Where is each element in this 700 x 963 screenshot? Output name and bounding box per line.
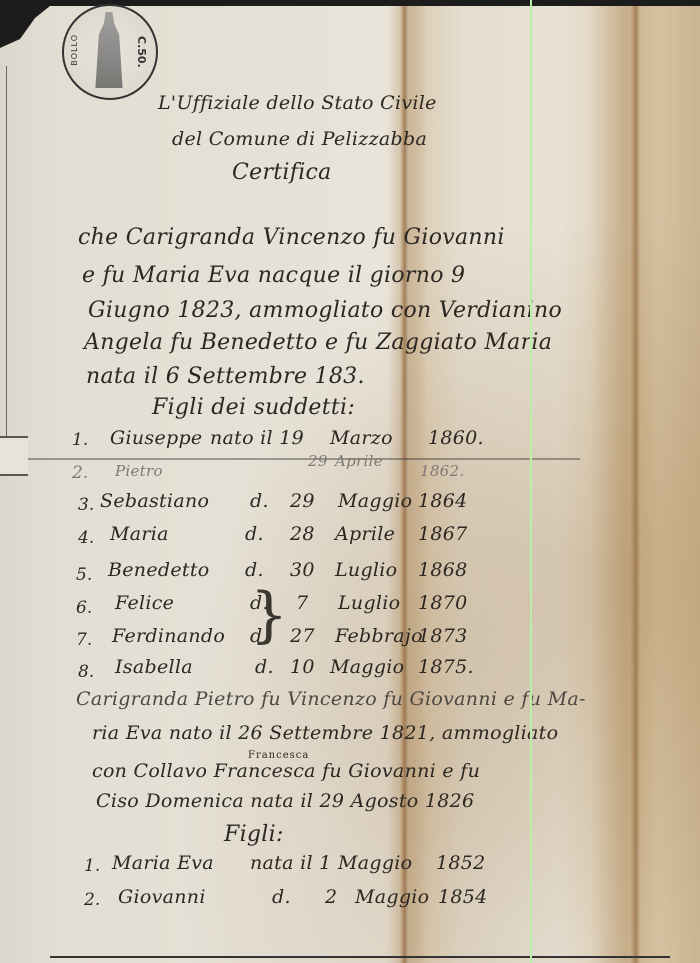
child-number: 6.: [76, 598, 92, 618]
child-birth-year: 1854: [438, 886, 488, 908]
second-children-heading: Figli:: [224, 822, 284, 847]
child-number: 5.: [76, 565, 92, 585]
body-line-1: che Carigranda Vincenzo fu Giovanni: [78, 225, 505, 250]
child-birth-month: Marzo: [330, 427, 393, 449]
child-birth-day: 30: [290, 559, 315, 581]
child-birth-month: Maggio: [338, 852, 412, 874]
stamp-value: C.50.: [135, 36, 148, 68]
child-birth-month: Luglio: [335, 559, 397, 581]
child-birth-day: 2: [325, 886, 337, 908]
torn-edge: [0, 436, 28, 476]
child-number: 2.: [72, 463, 88, 483]
child-number: 2.: [84, 890, 100, 910]
child-number: 7.: [76, 630, 92, 650]
child-birth-year: 1870: [418, 592, 468, 614]
child-name: Maria Eva: [112, 852, 214, 874]
torn-corner: [0, 6, 50, 66]
child-birth-month: Aprile: [335, 523, 395, 545]
bottom-edge-line: [50, 956, 670, 958]
child-birth-month: Maggio: [355, 886, 429, 908]
child-name: Maria: [110, 523, 169, 545]
paper-left-edge: [6, 66, 7, 436]
child-birth-year: 1867: [418, 523, 468, 545]
child-birth-day: 10: [290, 656, 315, 678]
body-line-4: Angela fu Benedetto e fu Zaggiato Maria: [84, 330, 552, 355]
second-marriage-line-4: Ciso Domenica nata il 29 Agosto 1826: [96, 790, 474, 812]
child-birth-year: 1862.: [420, 462, 464, 480]
child-birth-year: 1875.: [418, 656, 474, 678]
child-birth-year: 1852: [436, 852, 486, 874]
child-birth-month: Aprile: [335, 452, 383, 470]
second-marriage-line-2: ria Eva nato il 26 Settembre 1821, ammog…: [92, 722, 558, 744]
child-ditto: d.: [272, 886, 291, 908]
child-birth-year: 1864: [418, 490, 468, 512]
heading-line-1: L'Uffiziale dello Stato Civile: [158, 92, 437, 114]
children-heading: Figli dei suddetti:: [152, 395, 355, 420]
scan-artifact-line: [530, 0, 532, 963]
right-water-stain: [590, 6, 660, 963]
revenue-stamp: BOLLO C.50.: [62, 4, 158, 100]
child-name: Isabella: [115, 656, 193, 678]
child-birth-month: Febbrajo: [335, 625, 423, 647]
child-birth-year: 1868: [418, 559, 468, 581]
heading-certifica: Certifica: [232, 160, 332, 185]
child-number: 1.: [72, 430, 88, 450]
child-birth-year: 1873: [418, 625, 468, 647]
child-name: Giuseppe: [110, 427, 202, 449]
body-line-3: Giugno 1823, ammogliato con Verdianino: [88, 298, 562, 323]
child-birth-month: Luglio: [338, 592, 400, 614]
child-name: Benedetto: [108, 559, 210, 581]
child-birth-day: 29: [308, 452, 328, 470]
body-line-2: e fu Maria Eva nacque il giorno 9: [82, 263, 465, 288]
child-name: Sebastiano: [100, 490, 209, 512]
child-name: Pietro: [115, 462, 163, 480]
child-birth-day: nata il 1: [250, 852, 332, 874]
body-line-5: nata il 6 Settembre 183.: [86, 364, 365, 389]
stamp-bollo-text: BOLLO: [70, 34, 79, 66]
child-ditto: d.: [245, 559, 264, 581]
child-birth-day: 7: [296, 592, 308, 614]
child-birth-month: Maggio: [330, 656, 404, 678]
child-birth-year: 1860.: [428, 427, 484, 449]
child-birth-day: nato il 19: [210, 427, 304, 449]
child-number: 3.: [78, 495, 94, 515]
stamp-allegorical-figure-icon: [92, 12, 126, 88]
child-birth-day: 27: [290, 625, 315, 647]
child-ditto: d.: [255, 656, 274, 678]
child-name: Felice: [115, 592, 174, 614]
child-birth-month: Maggio: [338, 490, 412, 512]
child-ditto: d.: [250, 490, 269, 512]
brace-mark: }: [250, 585, 288, 645]
second-marriage-line-3: con Collavo Francesca fu Giovanni e fu: [92, 760, 480, 782]
horizontal-fold-line: [20, 458, 580, 460]
heading-line-2: del Comune di Pelizzabba: [172, 128, 427, 150]
second-marriage-line-1: Carigranda Pietro fu Vincenzo fu Giovann…: [76, 688, 586, 710]
child-name: Giovanni: [118, 886, 206, 908]
child-birth-day: 29: [290, 490, 315, 512]
child-number: 8.: [78, 662, 94, 682]
child-birth-day: 28: [290, 523, 315, 545]
child-name: Ferdinando: [112, 625, 225, 647]
child-number: 4.: [78, 528, 94, 548]
child-ditto: d.: [245, 523, 264, 545]
child-number: 1.: [84, 856, 100, 876]
